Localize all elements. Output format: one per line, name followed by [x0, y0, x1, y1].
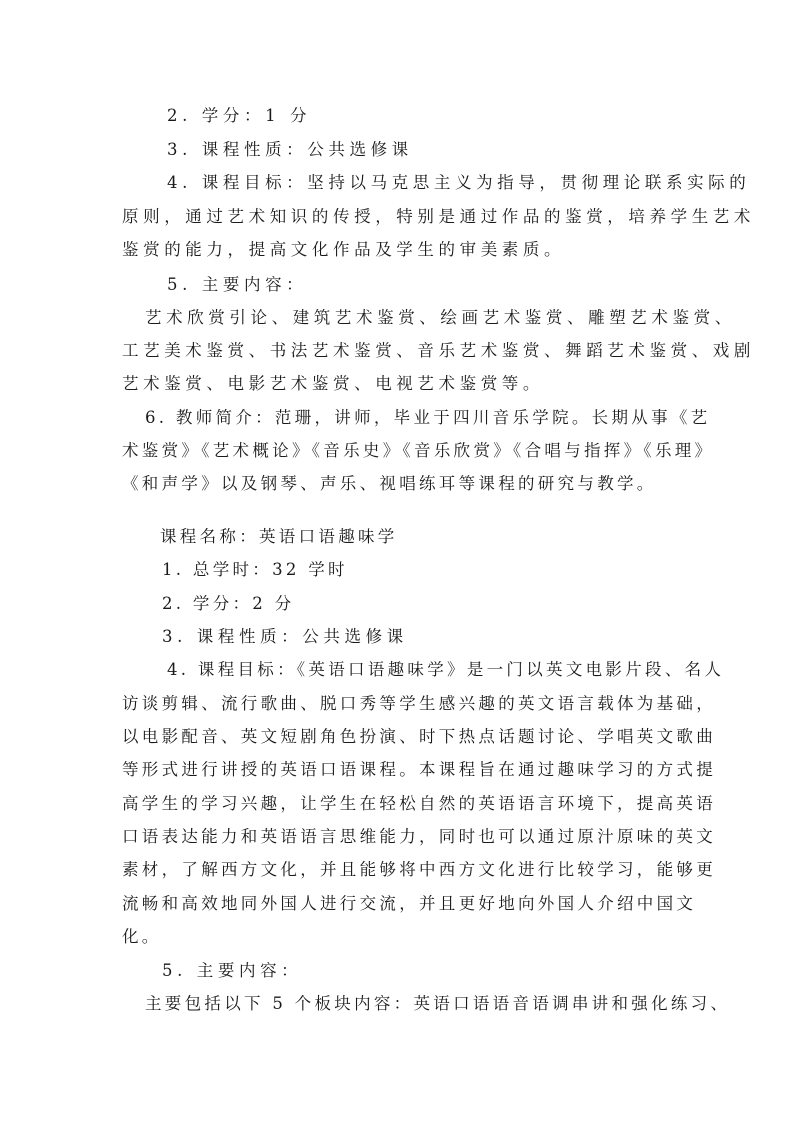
- teacher-intro-line: 6. 教师简介：范珊，讲师，毕业于四川音乐学院。长期从事《艺: [145, 408, 711, 428]
- content-line: 艺术鉴赏、电影艺术鉴赏、电视艺术鉴赏等。: [122, 374, 544, 394]
- course-goal-line: 等形式进行讲授的英语口语课程。本课程旨在通过趣味学习的方式提: [122, 760, 716, 780]
- course-goal-line: 访谈剪辑、流行歌曲、脱口秀等学生感兴趣的英文语言载体为基础，: [122, 694, 716, 714]
- content-heading: 5. 主要内容：: [167, 275, 307, 295]
- content-line: 艺术欣赏引论、建筑艺术鉴赏、绘画艺术鉴赏、雕塑艺术鉴赏、: [145, 308, 736, 328]
- credit-line: 2. 学分：1 分: [167, 106, 311, 126]
- course-goal-line: 化。: [122, 927, 162, 947]
- course-goal-line: 4. 课程目标：坚持以马克思主义为指导，贯彻理论联系实际的: [167, 173, 750, 193]
- content-heading: 5. 主要内容：: [162, 961, 302, 981]
- content-line: 工艺美术鉴赏、书法艺术鉴赏、音乐艺术鉴赏、舞蹈艺术鉴赏、戏剧: [122, 341, 755, 361]
- course-goal-line: 4. 课程目标：《英语口语趣味学》是一门以英文电影片段、名人: [167, 660, 724, 680]
- course-goal-line: 高学生的学习兴趣，让学生在轻松自然的英语语言环境下，提高英语: [122, 794, 716, 814]
- teacher-intro-line: 《和声学》以及钢琴、声乐、视唱练耳等课程的研究与教学。: [122, 474, 657, 494]
- course-goal-line: 口语表达能力和英语语言思维能力，同时也可以通过原汁原味的英文: [122, 827, 716, 847]
- course-goal-line: 流畅和高效地同外国人进行交流，并且更好地向外国人介绍中国文: [122, 894, 696, 914]
- course-name-line: 课程名称：英语口语趣味学: [160, 527, 398, 547]
- teacher-intro-line: 术鉴赏》《艺术概论》《音乐史》《音乐欣赏》《合唱与指挥》《乐理》: [122, 441, 714, 461]
- course-goal-line: 素材，了解西方文化，并且能够将中西方文化进行比较学习，能够更: [122, 860, 716, 880]
- total-hours-line: 1. 总学时：32 学时: [162, 560, 348, 580]
- course-nature-line: 3. 课程性质：公共选修课: [167, 140, 413, 160]
- credit-line: 2. 学分：2 分: [162, 594, 294, 614]
- course-goal-line: 以电影配音、英文短剧角色扮演、时下热点话题讨论、学唱英文歌曲: [122, 727, 716, 747]
- content-line: 主要包括以下 5 个板块内容：英语口语语音语调串讲和强化练习、: [145, 994, 730, 1014]
- course-goal-line: 鉴赏的能力，提高文化作品及学生的审美素质。: [122, 240, 565, 260]
- course-goal-line: 原则，通过艺术知识的传授，特别是通过作品的鉴赏，培养学生艺术: [122, 207, 755, 227]
- course-nature-line: 3. 课程性质：公共选修课: [162, 627, 408, 647]
